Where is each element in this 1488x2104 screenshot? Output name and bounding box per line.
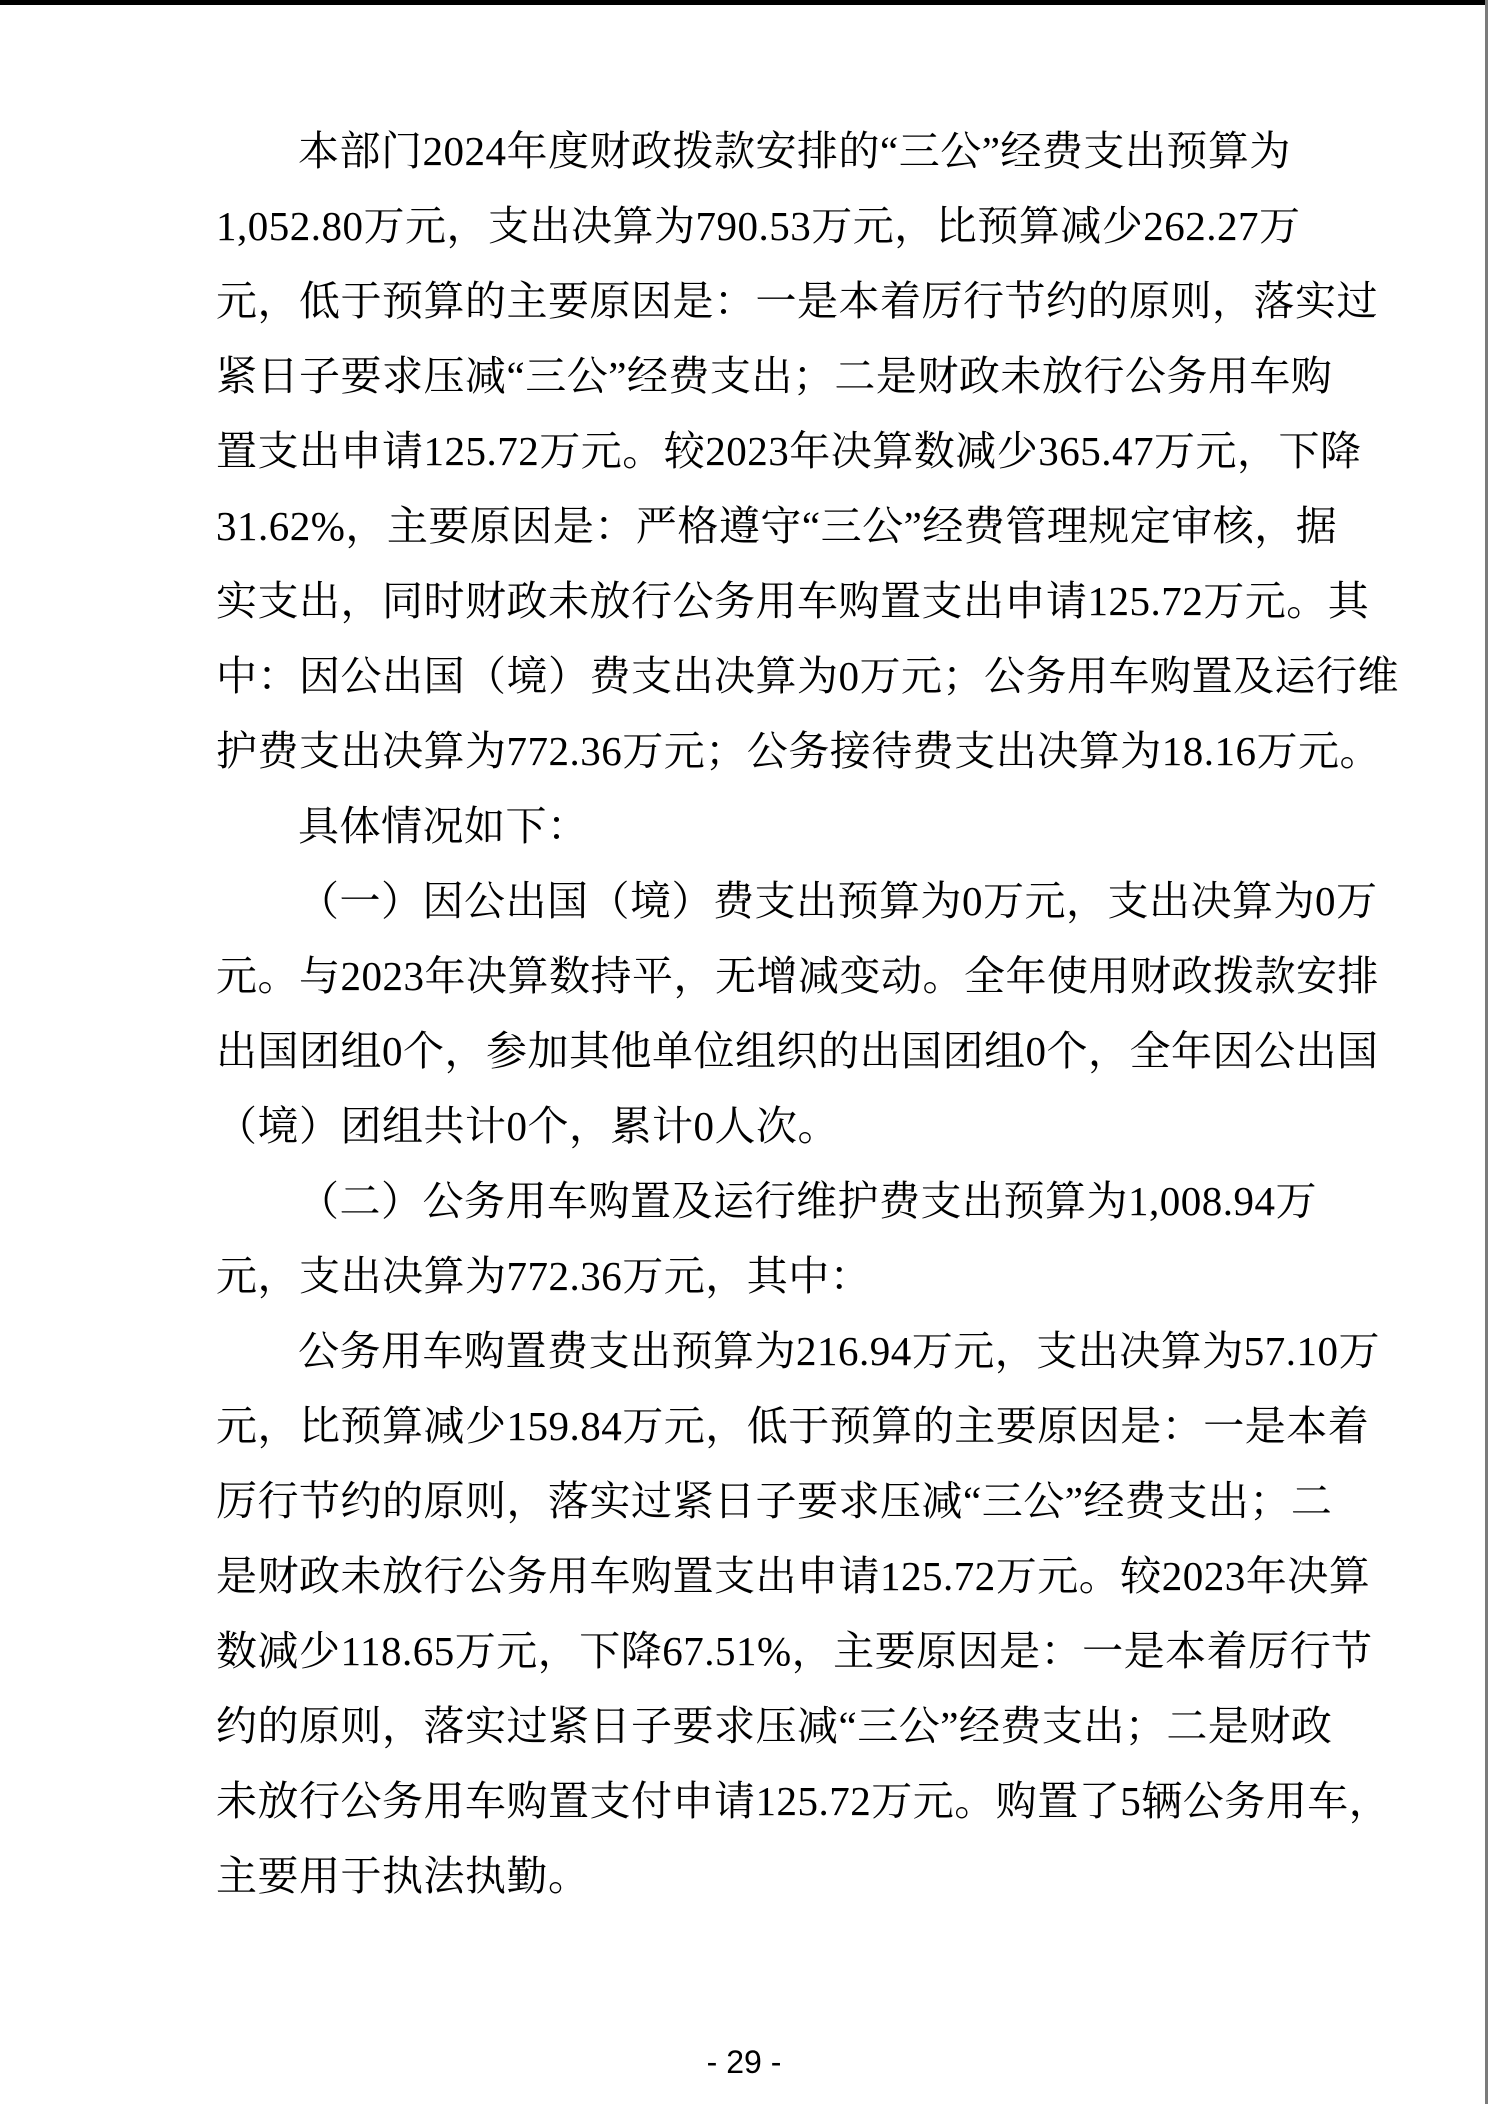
text-line: 约的原则，落实过紧日子要求压减“三公”经费支出；二是财政 bbox=[216, 1689, 1431, 1764]
text-line: 具体情况如下： bbox=[216, 789, 1431, 864]
text-line: （境）团组共计0个，累计0人次。 bbox=[216, 1089, 1431, 1164]
body-text-block: 本部门2024年度财政拨款安排的“三公”经费支出预算为 1,052.80万元，支… bbox=[216, 114, 1431, 1914]
scan-border-top bbox=[0, 0, 1488, 5]
text-line: 置支出申请125.72万元。较2023年决算数减少365.47万元，下降 bbox=[216, 414, 1431, 489]
text-line: 本部门2024年度财政拨款安排的“三公”经费支出预算为 bbox=[216, 114, 1431, 189]
page-number: - 29 - bbox=[0, 2044, 1488, 2081]
text-line: 31.62%，主要原因是：严格遵守“三公”经费管理规定审核，据 bbox=[216, 489, 1431, 564]
text-line: 未放行公务用车购置支付申请125.72万元。购置了5辆公务用车， bbox=[216, 1764, 1431, 1839]
text-line: 实支出，同时财政未放行公务用车购置支出申请125.72万元。其 bbox=[216, 564, 1431, 639]
text-line: 出国团组0个，参加其他单位组织的出国团组0个，全年因公出国 bbox=[216, 1014, 1431, 1089]
text-line: 元。与2023年决算数持平，无增减变动。全年使用财政拨款安排 bbox=[216, 939, 1431, 1014]
text-line: 1,052.80万元，支出决算为790.53万元，比预算减少262.27万 bbox=[216, 189, 1431, 264]
text-line: （二）公务用车购置及运行维护费支出预算为1,008.94万 bbox=[216, 1164, 1431, 1239]
text-line: 元，支出决算为772.36万元，其中： bbox=[216, 1239, 1431, 1314]
text-line: 元，低于预算的主要原因是：一是本着厉行节约的原则，落实过 bbox=[216, 264, 1431, 339]
text-line: 元，比预算减少159.84万元，低于预算的主要原因是：一是本着 bbox=[216, 1389, 1431, 1464]
text-line: 主要用于执法执勤。 bbox=[216, 1839, 1431, 1914]
text-line: 中：因公出国（境）费支出决算为0万元；公务用车购置及运行维 bbox=[216, 639, 1431, 714]
text-line: 是财政未放行公务用车购置支出申请125.72万元。较2023年决算 bbox=[216, 1539, 1431, 1614]
document-page: 本部门2024年度财政拨款安排的“三公”经费支出预算为 1,052.80万元，支… bbox=[0, 0, 1488, 2104]
text-line: 数减少118.65万元，下降67.51%，主要原因是：一是本着厉行节 bbox=[216, 1614, 1431, 1689]
text-line: 厉行节约的原则，落实过紧日子要求压减“三公”经费支出；二 bbox=[216, 1464, 1431, 1539]
text-line: （一）因公出国（境）费支出预算为0万元，支出决算为0万 bbox=[216, 864, 1431, 939]
text-line: 紧日子要求压减“三公”经费支出；二是财政未放行公务用车购 bbox=[216, 339, 1431, 414]
text-line: 公务用车购置费支出预算为216.94万元，支出决算为57.10万 bbox=[216, 1314, 1431, 1389]
text-line: 护费支出决算为772.36万元；公务接待费支出决算为18.16万元。 bbox=[216, 714, 1431, 789]
